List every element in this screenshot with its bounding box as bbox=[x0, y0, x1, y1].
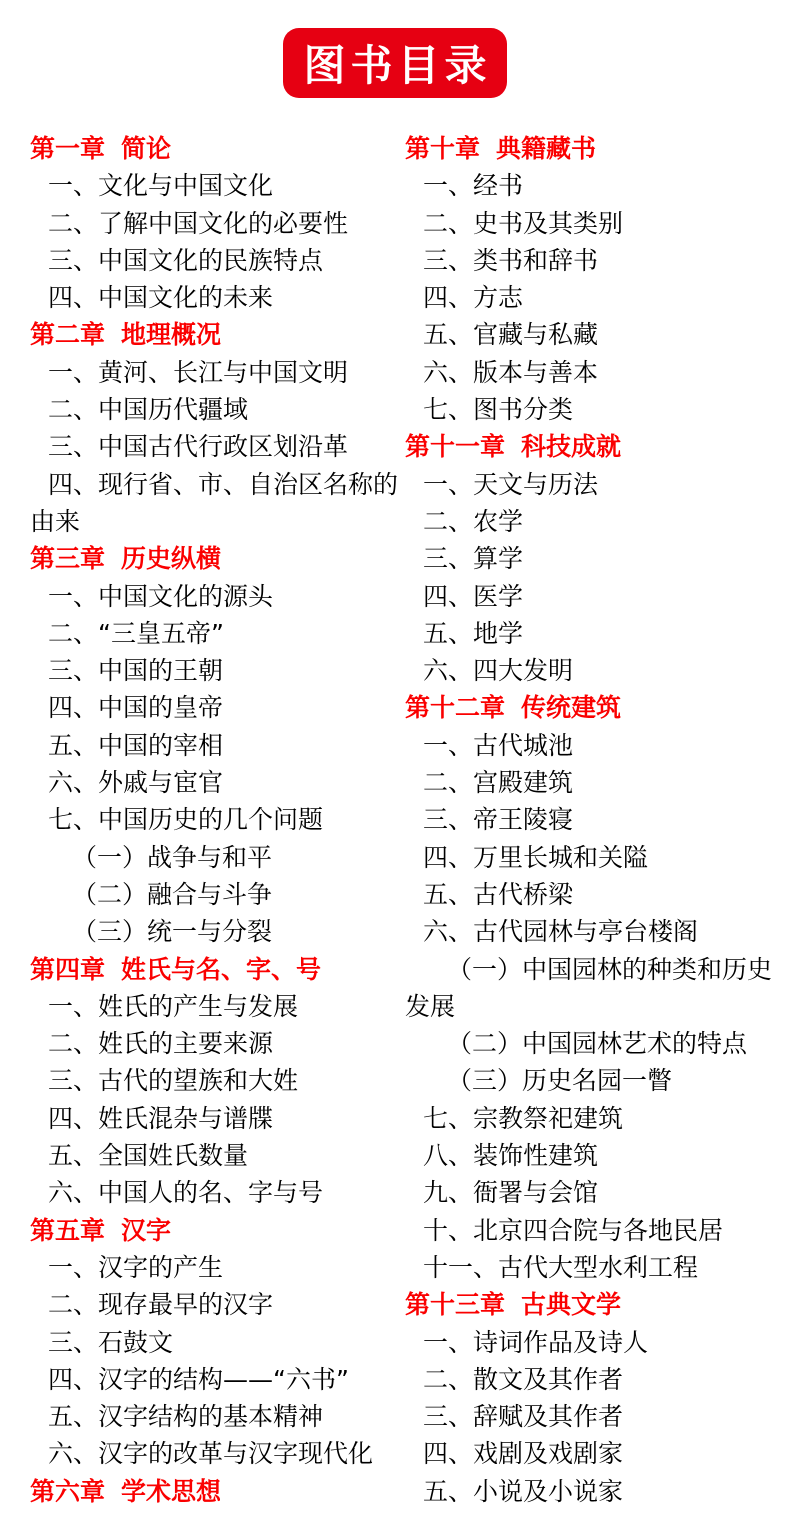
chapter-heading: 第十三章古典文学 bbox=[405, 1286, 780, 1323]
chapter-title: 姓氏与名、字、号 bbox=[121, 955, 321, 984]
toc-item: 三、中国文化的民族特点 bbox=[30, 242, 405, 279]
chapter-title: 简论 bbox=[121, 134, 171, 163]
toc-item: 一、汉字的产生 bbox=[30, 1249, 405, 1286]
toc-item: 二、现存最早的汉字 bbox=[30, 1286, 405, 1323]
toc-item: 三、古代的望族和大姓 bbox=[30, 1062, 405, 1099]
toc-item: 八、装饰性建筑 bbox=[405, 1137, 780, 1174]
toc-item: 二、散文及其作者 bbox=[405, 1361, 780, 1398]
chapter-number: 第十章 bbox=[405, 134, 480, 163]
toc-item: 二、中国历代疆域 bbox=[30, 391, 405, 428]
chapter-title: 科技成就 bbox=[521, 432, 621, 461]
toc-item: 三、石鼓文 bbox=[30, 1324, 405, 1361]
chapter-heading: 第五章汉字 bbox=[30, 1212, 405, 1249]
toc-item: 六、古代园林与亭台楼阁 bbox=[405, 913, 780, 950]
toc-item: 五、汉字结构的基本精神 bbox=[30, 1398, 405, 1435]
toc-item: 四、中国文化的未来 bbox=[30, 279, 405, 316]
chapter-number: 第三章 bbox=[30, 544, 105, 573]
chapter-title: 典籍藏书 bbox=[496, 134, 596, 163]
toc-item: 三、帝王陵寝 bbox=[405, 801, 780, 838]
toc-item: 四、姓氏混杂与谱牒 bbox=[30, 1100, 405, 1137]
toc-item: 四、医学 bbox=[405, 578, 780, 615]
chapter-title: 学术思想 bbox=[121, 1477, 221, 1506]
toc-item: 二、宫殿建筑 bbox=[405, 764, 780, 801]
toc-item: 一、姓氏的产生与发展 bbox=[30, 988, 405, 1025]
chapter-heading: 第十章典籍藏书 bbox=[405, 130, 780, 167]
toc-item: 五、全国姓氏数量 bbox=[30, 1137, 405, 1174]
toc-column-left: 第一章简论一、文化与中国文化二、了解中国文化的必要性三、中国文化的民族特点四、中… bbox=[30, 130, 405, 1510]
toc-subitem: （三）统一与分裂 bbox=[30, 913, 405, 950]
toc-item: 一、天文与历法 bbox=[405, 466, 780, 503]
toc-subitem: （二）中国园林艺术的特点 bbox=[405, 1025, 780, 1062]
toc-item: 五、中国的宰相 bbox=[30, 727, 405, 764]
chapter-title: 古典文学 bbox=[521, 1290, 621, 1319]
chapter-number: 第十一章 bbox=[405, 432, 505, 461]
toc-item: 一、黄河、长江与中国文明 bbox=[30, 354, 405, 391]
chapter-heading: 第六章学术思想 bbox=[30, 1473, 405, 1510]
chapter-heading: 第一章简论 bbox=[30, 130, 405, 167]
toc-body: 第一章简论一、文化与中国文化二、了解中国文化的必要性三、中国文化的民族特点四、中… bbox=[0, 130, 790, 1510]
chapter-number: 第五章 bbox=[30, 1216, 105, 1245]
toc-item: 四、万里长城和关隘 bbox=[405, 839, 780, 876]
toc-item: 五、小说及小说家 bbox=[405, 1473, 780, 1510]
chapter-heading: 第三章历史纵横 bbox=[30, 540, 405, 577]
page-title-badge: 图书目录 bbox=[283, 28, 507, 98]
toc-item: 二、史书及其类别 bbox=[405, 205, 780, 242]
chapter-title: 历史纵横 bbox=[121, 544, 221, 573]
toc-item: 二、姓氏的主要来源 bbox=[30, 1025, 405, 1062]
toc-item: 六、汉字的改革与汉字现代化 bbox=[30, 1435, 405, 1472]
toc-item: 九、衙署与会馆 bbox=[405, 1174, 780, 1211]
toc-item: 四、方志 bbox=[405, 279, 780, 316]
chapter-number: 第十三章 bbox=[405, 1290, 505, 1319]
toc-item: 七、中国历史的几个问题 bbox=[30, 801, 405, 838]
toc-item: 七、宗教祭祀建筑 bbox=[405, 1100, 780, 1137]
chapter-number: 第十二章 bbox=[405, 693, 505, 722]
toc-item: 一、诗词作品及诗人 bbox=[405, 1324, 780, 1361]
chapter-heading: 第十二章传统建筑 bbox=[405, 689, 780, 726]
chapter-number: 第二章 bbox=[30, 320, 105, 349]
toc-item: 三、类书和辞书 bbox=[405, 242, 780, 279]
toc-item: 六、外戚与宦官 bbox=[30, 764, 405, 801]
toc-subitem: （一）战争与和平 bbox=[30, 839, 405, 876]
toc-subitem: （二）融合与斗争 bbox=[30, 876, 405, 913]
toc-item: 四、中国的皇帝 bbox=[30, 689, 405, 726]
chapter-number: 第六章 bbox=[30, 1477, 105, 1506]
toc-item: 三、辞赋及其作者 bbox=[405, 1398, 780, 1435]
chapter-heading: 第二章地理概况 bbox=[30, 316, 405, 353]
book-toc-page: 图书目录 第一章简论一、文化与中国文化二、了解中国文化的必要性三、中国文化的民族… bbox=[0, 0, 790, 1516]
toc-item: 五、地学 bbox=[405, 615, 780, 652]
toc-item: 一、经书 bbox=[405, 167, 780, 204]
toc-item: 五、古代桥梁 bbox=[405, 876, 780, 913]
toc-item: 三、中国古代行政区划沿革 bbox=[30, 428, 405, 465]
chapter-title: 地理概况 bbox=[121, 320, 221, 349]
toc-item: 六、四大发明 bbox=[405, 652, 780, 689]
chapter-number: 第一章 bbox=[30, 134, 105, 163]
toc-item: 十、北京四合院与各地民居 bbox=[405, 1212, 780, 1249]
toc-subitem: （三）历史名园一瞥 bbox=[405, 1062, 780, 1099]
chapter-heading: 第四章姓氏与名、字、号 bbox=[30, 951, 405, 988]
toc-item: 四、汉字的结构——“六书” bbox=[30, 1361, 405, 1398]
toc-item: 一、文化与中国文化 bbox=[30, 167, 405, 204]
chapter-title: 传统建筑 bbox=[521, 693, 621, 722]
chapter-number: 第四章 bbox=[30, 955, 105, 984]
page-title: 图书目录 bbox=[298, 33, 491, 93]
toc-item: 六、版本与善本 bbox=[405, 354, 780, 391]
chapter-heading: 第十一章科技成就 bbox=[405, 428, 780, 465]
toc-item: 一、中国文化的源头 bbox=[30, 578, 405, 615]
toc-item: 二、了解中国文化的必要性 bbox=[30, 205, 405, 242]
toc-item: 三、算学 bbox=[405, 540, 780, 577]
toc-item: 四、戏剧及戏剧家 bbox=[405, 1435, 780, 1472]
chapter-title: 汉字 bbox=[121, 1216, 171, 1245]
toc-item: 四、现行省、市、自治区名称的由来 bbox=[30, 466, 405, 541]
toc-item: 六、中国人的名、字与号 bbox=[30, 1174, 405, 1211]
toc-item: 二、“三皇五帝” bbox=[30, 615, 405, 652]
toc-item: 一、古代城池 bbox=[405, 727, 780, 764]
toc-item: 三、中国的王朝 bbox=[30, 652, 405, 689]
toc-subitem: （一）中国园林的种类和历史发展 bbox=[405, 951, 780, 1026]
toc-column-right: 第十章典籍藏书一、经书二、史书及其类别三、类书和辞书四、方志五、官藏与私藏六、版… bbox=[405, 130, 780, 1510]
toc-item: 十一、古代大型水利工程 bbox=[405, 1249, 780, 1286]
toc-item: 二、农学 bbox=[405, 503, 780, 540]
toc-item: 七、图书分类 bbox=[405, 391, 780, 428]
toc-item: 五、官藏与私藏 bbox=[405, 316, 780, 353]
